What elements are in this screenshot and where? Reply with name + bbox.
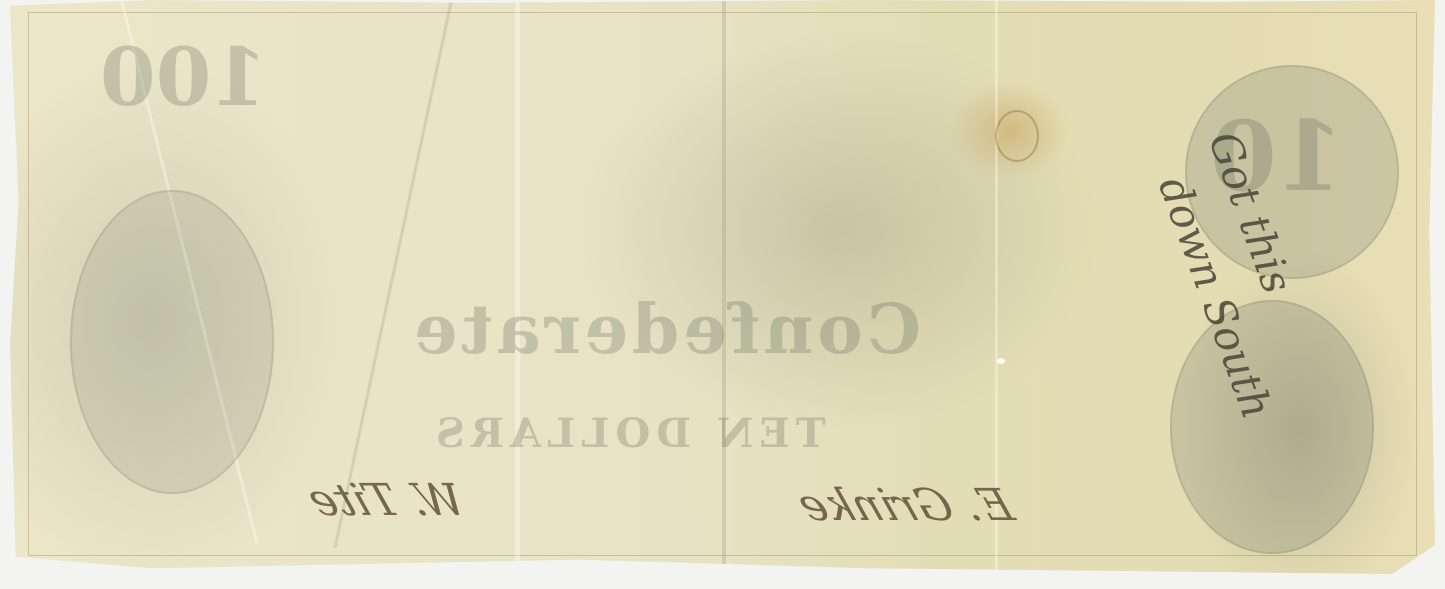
vertical-fold bbox=[515, 0, 520, 574]
center-fold bbox=[722, 0, 726, 574]
signature-left: W. Tite bbox=[301, 475, 472, 526]
portrait-oval bbox=[1170, 300, 1374, 554]
left-vignette bbox=[70, 190, 274, 494]
signature-right: E. Grinke bbox=[791, 480, 1021, 531]
title-ghost: Confederate bbox=[410, 290, 921, 370]
denomination-left-ghost: 100 bbox=[100, 30, 267, 124]
small-hole bbox=[997, 358, 1005, 364]
stain-ring bbox=[995, 110, 1039, 162]
lower-text-ghost: TEN DOLLARS bbox=[430, 410, 826, 457]
banknote: 100 10 Confederate TEN DOLLARS Got this … bbox=[10, 0, 1435, 574]
